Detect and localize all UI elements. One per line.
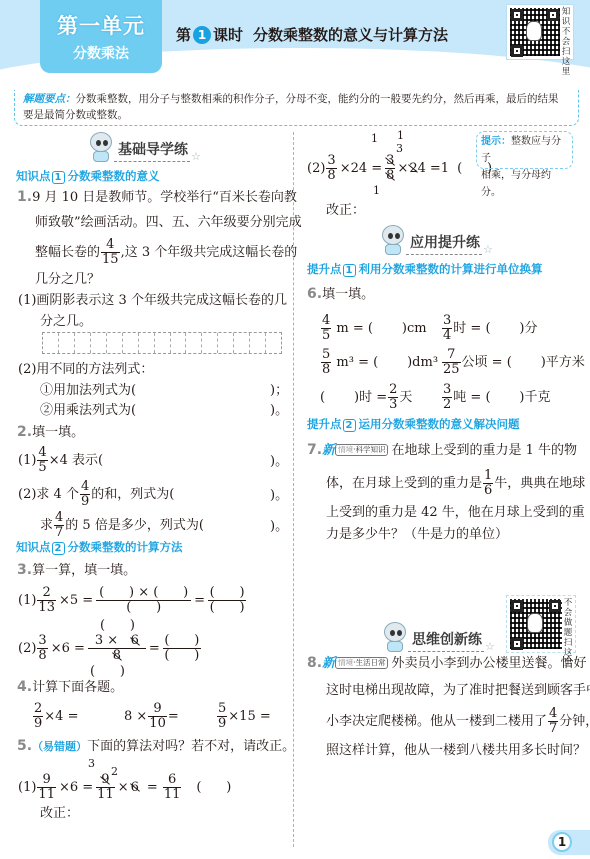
question-number: 8.: [307, 655, 322, 671]
mascot-icon: [380, 225, 406, 255]
new-tag: 新: [322, 656, 335, 671]
hint-box: 提示：整数应与分子 相乘，与分母约分。: [476, 131, 573, 169]
q7-line3: 上受到的重力是 42 牛，他在月球上受到的重: [326, 505, 585, 521]
qr-finder-icon: [511, 600, 523, 612]
answer-blank-end[interactable]: )；: [270, 383, 288, 399]
answer-blank-end[interactable]: )。: [270, 403, 288, 419]
answer-fraction-blank[interactable]: ( )( ): [163, 634, 201, 663]
knowledge-point-2: 知识点2分数乘整数的计算方法: [16, 539, 183, 555]
improvement-point-2: 提升点2运用分数乘整数的意义解决问题: [307, 416, 520, 432]
tp-title: 运用分数乘整数的意义解决问题: [359, 417, 520, 431]
lesson-suffix: 课时: [213, 24, 243, 45]
crossed-fraction: 3 × 68: [88, 634, 146, 663]
q2-part2: 的和，列式为(: [91, 487, 174, 502]
tips-label: 解题要点：: [23, 93, 76, 105]
fraction: 59: [217, 702, 227, 731]
q1-line3b: ,这 3 个年级共完成这幅长卷的: [121, 245, 298, 260]
lesson-prefix: 第: [176, 24, 191, 45]
q5-title: 下面的算法对吗？若不对，请改正。: [87, 739, 295, 754]
fraction: 415: [101, 238, 120, 267]
reduced-numerator: 1: [371, 131, 378, 147]
answer-fraction-blank[interactable]: ( )( ): [208, 586, 246, 615]
star-icon: ☆: [191, 152, 201, 162]
section-title: 思维创新练: [408, 629, 484, 652]
q7-line4: 力是多少牛？（牛是力的单位）: [326, 527, 508, 543]
context-tag: 情境·生活日常: [335, 657, 388, 669]
kp-number: 2: [52, 542, 65, 555]
question-number: 3.: [17, 562, 32, 578]
fraction: 58: [321, 348, 331, 377]
answer-blank-end[interactable]: )。: [270, 488, 288, 504]
q1-part2-addition: ①用加法列式为(: [40, 383, 136, 399]
qr-code-help[interactable]: 不会做题扫这里: [506, 595, 576, 653]
correction-label: 改正：: [40, 806, 79, 822]
question-number: 6.: [307, 286, 322, 302]
unit-title: 第一单元: [40, 10, 162, 40]
qr-code-header[interactable]: 知识不会扫这里: [506, 4, 574, 60]
unit-conversion-item[interactable]: 吨 = ( )千克: [453, 390, 550, 405]
q1-line1: 9 月 10 日是教师节。学校举行“百米长卷向教: [32, 190, 297, 205]
unit-conversion-item[interactable]: m = ( )cm: [332, 321, 426, 336]
q8-line4: 照这样计算，他从一楼到八楼共用多长时间？: [326, 743, 586, 759]
mascot-icon: [382, 622, 408, 652]
qr-avatar-icon: [526, 21, 542, 41]
q7-line2a: 体，在月球上受到的重力是: [326, 476, 482, 491]
answer-blank-end[interactable]: )。: [270, 454, 288, 470]
question-number: 2.: [17, 424, 32, 440]
unit-conversion-item[interactable]: ( )时 =: [320, 390, 387, 405]
qr-finder-icon: [511, 45, 523, 57]
question-number: 1.: [17, 189, 32, 205]
page-header: 第一单元 分数乘法 第 1 课时 分数乘整数的意义与计算方法 知识不会扫这里: [0, 0, 590, 82]
tp-prefix: 提升点: [307, 417, 342, 431]
crossed-fraction: 911: [96, 773, 115, 802]
hint-label: 提示：: [481, 136, 511, 147]
fraction: 910: [148, 702, 167, 731]
kp-title: 分数乘整数的计算方法: [68, 540, 183, 554]
answer-blank[interactable]: ( ): [100, 618, 135, 634]
question-number: 4.: [17, 679, 32, 695]
fraction: 38: [326, 154, 336, 183]
q1-part1-line2: 分之几。: [40, 314, 92, 330]
fraction: 47: [548, 707, 558, 736]
correction-label: 改正：: [326, 203, 365, 219]
q1-line4: 几分之几？: [35, 272, 100, 288]
kp-title: 分数乘整数的意义: [68, 169, 160, 183]
new-tag: 新: [322, 443, 335, 458]
star-icon: ☆: [485, 642, 495, 652]
tips-text-line2: 要是最简分数或整数。: [23, 107, 574, 123]
qr-finder-icon: [511, 638, 523, 650]
fraction: 34: [442, 314, 452, 343]
crossed-number: 6: [131, 780, 139, 796]
q2-title: 填一填。: [32, 425, 84, 440]
q2-part1: ×4 表示(: [49, 453, 103, 468]
fraction: 16: [483, 469, 493, 498]
q1-line2: 师致敬”绘画活动。四、五、六年级要分别完成: [35, 215, 302, 231]
fraction: 49: [80, 480, 90, 509]
q8-line3b: 分钟，: [559, 714, 590, 729]
unit-conversion-item[interactable]: m³ = ( )dm³: [332, 355, 438, 370]
fraction: 23: [388, 383, 398, 412]
q6-title: 填一填。: [322, 287, 374, 302]
q7-line2b: 牛，典典在地球: [494, 476, 585, 491]
lesson-number-badge: 1: [193, 26, 211, 44]
error-prone-tag: （易错题）: [32, 740, 87, 753]
question-number: 5.: [17, 738, 32, 754]
fraction: 611: [163, 773, 182, 802]
q1-line3a: 整幅长卷的: [35, 245, 100, 260]
improvement-point-1: 提升点1利用分数乘整数的计算进行单位换算: [307, 261, 543, 277]
section-innovation-practice: 思维创新练 ☆: [382, 622, 495, 652]
fraction: 45: [37, 446, 47, 475]
kp-number: 1: [52, 171, 65, 184]
tips-text-line1: 分数乘整数，用分子与整数相乘的积作分子，分母不变，能约分的一般要先约分，然后再乘…: [76, 93, 559, 105]
crossed-fraction: 38: [385, 154, 395, 183]
fraction: 725: [442, 348, 461, 377]
fraction: 47: [54, 511, 64, 540]
tp-number: 1: [343, 264, 356, 277]
solving-tips-box: 解题要点：分数乘整数，用分子与整数相乘的积作分子，分母不变，能约分的一般要先约分…: [14, 90, 579, 126]
context-tag: 情境·科学知识: [335, 444, 388, 456]
lesson-topic: 分数乘整数的意义与计算方法: [253, 24, 448, 45]
unit-conversion-item[interactable]: 公顷 = ( )平方米: [462, 355, 585, 370]
lesson-title: 第 1 课时 分数乘整数的意义与计算方法: [176, 24, 448, 45]
qr-finder-icon: [511, 9, 523, 21]
unit-subtitle: 分数乘法: [40, 43, 162, 63]
section-basic-practice: 基础导学练 ☆: [88, 132, 201, 162]
qr-label: 知识不会扫这里: [560, 7, 572, 77]
q7-line1: 在地球上受到的重力是 1 牛的物: [391, 443, 577, 458]
hint-line2: 相乘，与分母约分。: [481, 167, 568, 201]
tp-prefix: 提升点: [307, 262, 342, 276]
qr-finder-icon: [547, 9, 559, 21]
q1-part2-multiplication: ②用乘法列式为(: [40, 403, 136, 419]
answer-fraction-blank[interactable]: ( ) × ( )( ): [96, 586, 191, 615]
fraction: 38: [37, 634, 47, 663]
fraction: 911: [37, 773, 56, 802]
question-number: 7.: [307, 442, 322, 458]
q8-line1: 外卖员小李到办公楼里送餐。恰好: [391, 656, 586, 671]
knowledge-point-1: 知识点1分数乘整数的意义: [16, 168, 160, 184]
tp-number: 2: [343, 419, 356, 432]
unit-conversion-item[interactable]: 时 = ( )分: [453, 321, 537, 336]
kp-prefix: 知识点: [16, 169, 51, 183]
q1-part1-line1: (1)画阴影表示这 3 个年级共完成这幅长卷的几: [18, 293, 287, 309]
answer-blank-end[interactable]: )。: [270, 519, 288, 535]
q1-part2: (2)用不同的方法列式：: [18, 362, 153, 378]
judgement-blank[interactable]: ( ): [196, 780, 231, 796]
q4-title: 计算下面各题。: [32, 680, 123, 695]
qr-avatar-icon: [527, 613, 543, 633]
fraction: 45: [321, 314, 331, 343]
section-title: 应用提升练: [406, 232, 482, 255]
reduced-denominator: 1: [373, 183, 380, 199]
unit-tab: 第一单元 分数乘法: [40, 0, 162, 73]
section-title: 基础导学练: [114, 139, 190, 162]
page-number: 1: [552, 832, 572, 852]
crossed-number: 24: [409, 161, 426, 177]
fraction: 29: [33, 702, 43, 731]
answer-blank[interactable]: ( ): [90, 664, 125, 680]
kp-prefix: 知识点: [16, 540, 51, 554]
qr-finder-icon: [549, 600, 561, 612]
shading-grid-strip[interactable]: [42, 332, 282, 354]
q3-title: 算一算，填一填。: [32, 563, 136, 578]
fraction: 32: [442, 383, 452, 412]
q2-part3: 的 5 倍是多少，列式为(: [65, 518, 204, 533]
section-application-practice: 应用提升练 ☆: [380, 225, 493, 255]
q8-line2: 这时电梯出现故障，为了准时把餐送到顾客手中，: [326, 683, 590, 699]
mascot-icon: [88, 132, 114, 162]
tp-title: 利用分数乘整数的计算进行单位换算: [359, 262, 543, 276]
reduced-numerator: 3: [88, 756, 95, 772]
q8-line3a: 小李决定爬楼梯。他从一楼到二楼用了: [326, 714, 547, 729]
star-icon: ☆: [483, 245, 493, 255]
fraction: 213: [37, 586, 56, 615]
